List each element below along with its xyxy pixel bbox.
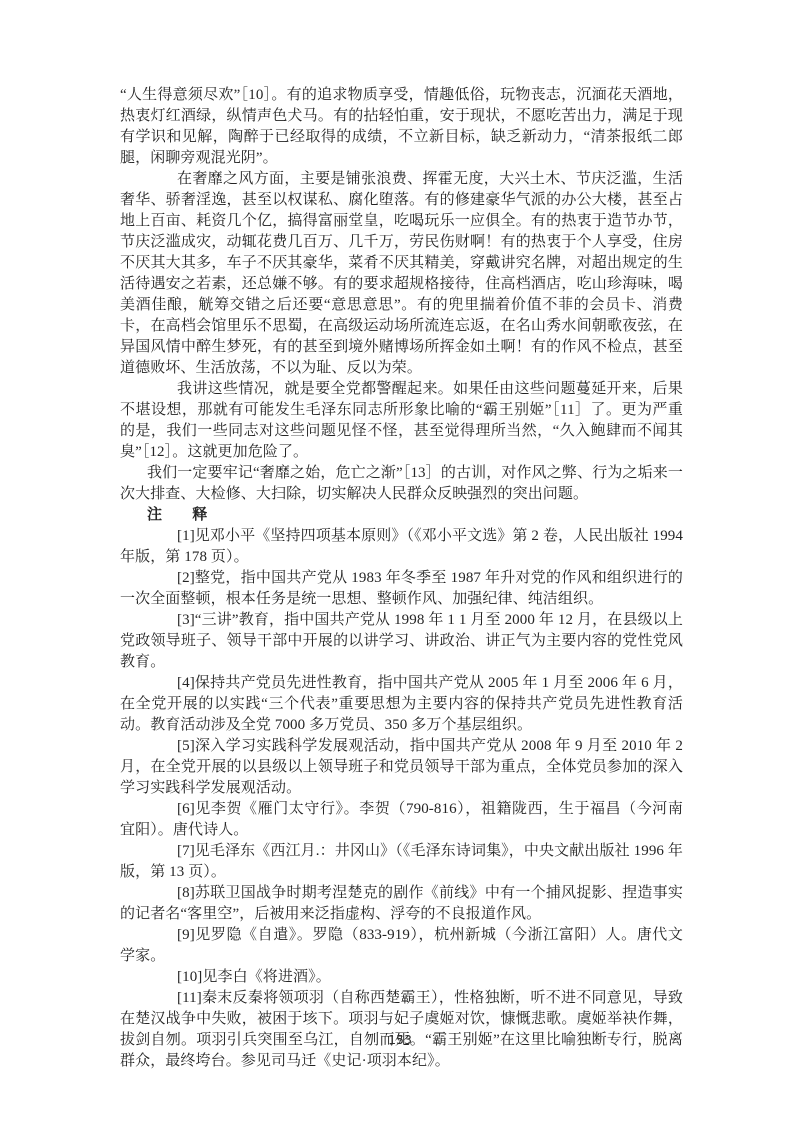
note-item: [10]见李白《将进酒》。 [120, 967, 683, 988]
note-item: [7]见毛泽东《西江月.：井冈山》（《毛泽东诗词集》，中央文献出版社 1996 … [120, 841, 683, 883]
note-item: [9]见罗隐《自遣》。罗隐（833-919），杭州新城（今浙江富阳）人。唐代文学… [120, 925, 683, 967]
note-item: [5]深入学习实践科学发展观活动，指中国共产党从 2008 年 9 月至 201… [120, 736, 683, 799]
note-item: [8]苏联卫国战争时期考涅楚克的剧作《前线》中有一个捕风捉影、捏造事实的记者名“… [120, 883, 683, 925]
page-number: 153 [0, 1032, 800, 1047]
paragraph: 在奢靡之风方面，主要是铺张浪费、挥霍无度，大兴土木、节庆泛滥，生活奢华、骄奢淫逸… [120, 169, 683, 379]
paragraph: 我讲这些情况，就是要全党都警醒起来。如果任由这些问题蔓延开来，后果不堪设想，那就… [120, 379, 683, 463]
note-item: [6]见李贺《雁门太守行》。李贺（790-816），祖籍陇西，生于福昌（今河南宜… [120, 799, 683, 841]
document-page: “人生得意须尽欢”［10］。有的追求物质享受，情趣低俗，玩物丧志，沉湎花天酒地，… [0, 0, 800, 1131]
notes-heading: 注 释 [120, 505, 683, 526]
document-body: “人生得意须尽欢”［10］。有的追求物质享受，情趣低俗，玩物丧志，沉湎花天酒地，… [120, 85, 683, 1072]
note-item: [1]见邓小平《坚持四项基本原则》（《邓小平文选》第 2 卷，人民出版社 199… [120, 526, 683, 568]
note-item: [2]整党，指中国共产党从 1983 年冬季至 1987 年升对党的作风和组织进… [120, 568, 683, 610]
note-item: [11]秦末反秦将领项羽（自称西楚霸王），性格独断，听不进不同意见，导致在楚汉战… [120, 988, 683, 1072]
paragraph: 我们一定要牢记“奢靡之始，危亡之渐”［13］的古训，对作风之弊、行为之垢来一次大… [120, 463, 683, 505]
note-item: [3]“三讲”教育，指中国共产党从 1998 年 1 1 月至 2000 年 1… [120, 610, 683, 673]
paragraph: “人生得意须尽欢”［10］。有的追求物质享受，情趣低俗，玩物丧志，沉湎花天酒地，… [120, 85, 683, 169]
note-item: [4]保持共产党员先进性教育，指中国共产党从 2005 年 1 月至 2006 … [120, 673, 683, 736]
